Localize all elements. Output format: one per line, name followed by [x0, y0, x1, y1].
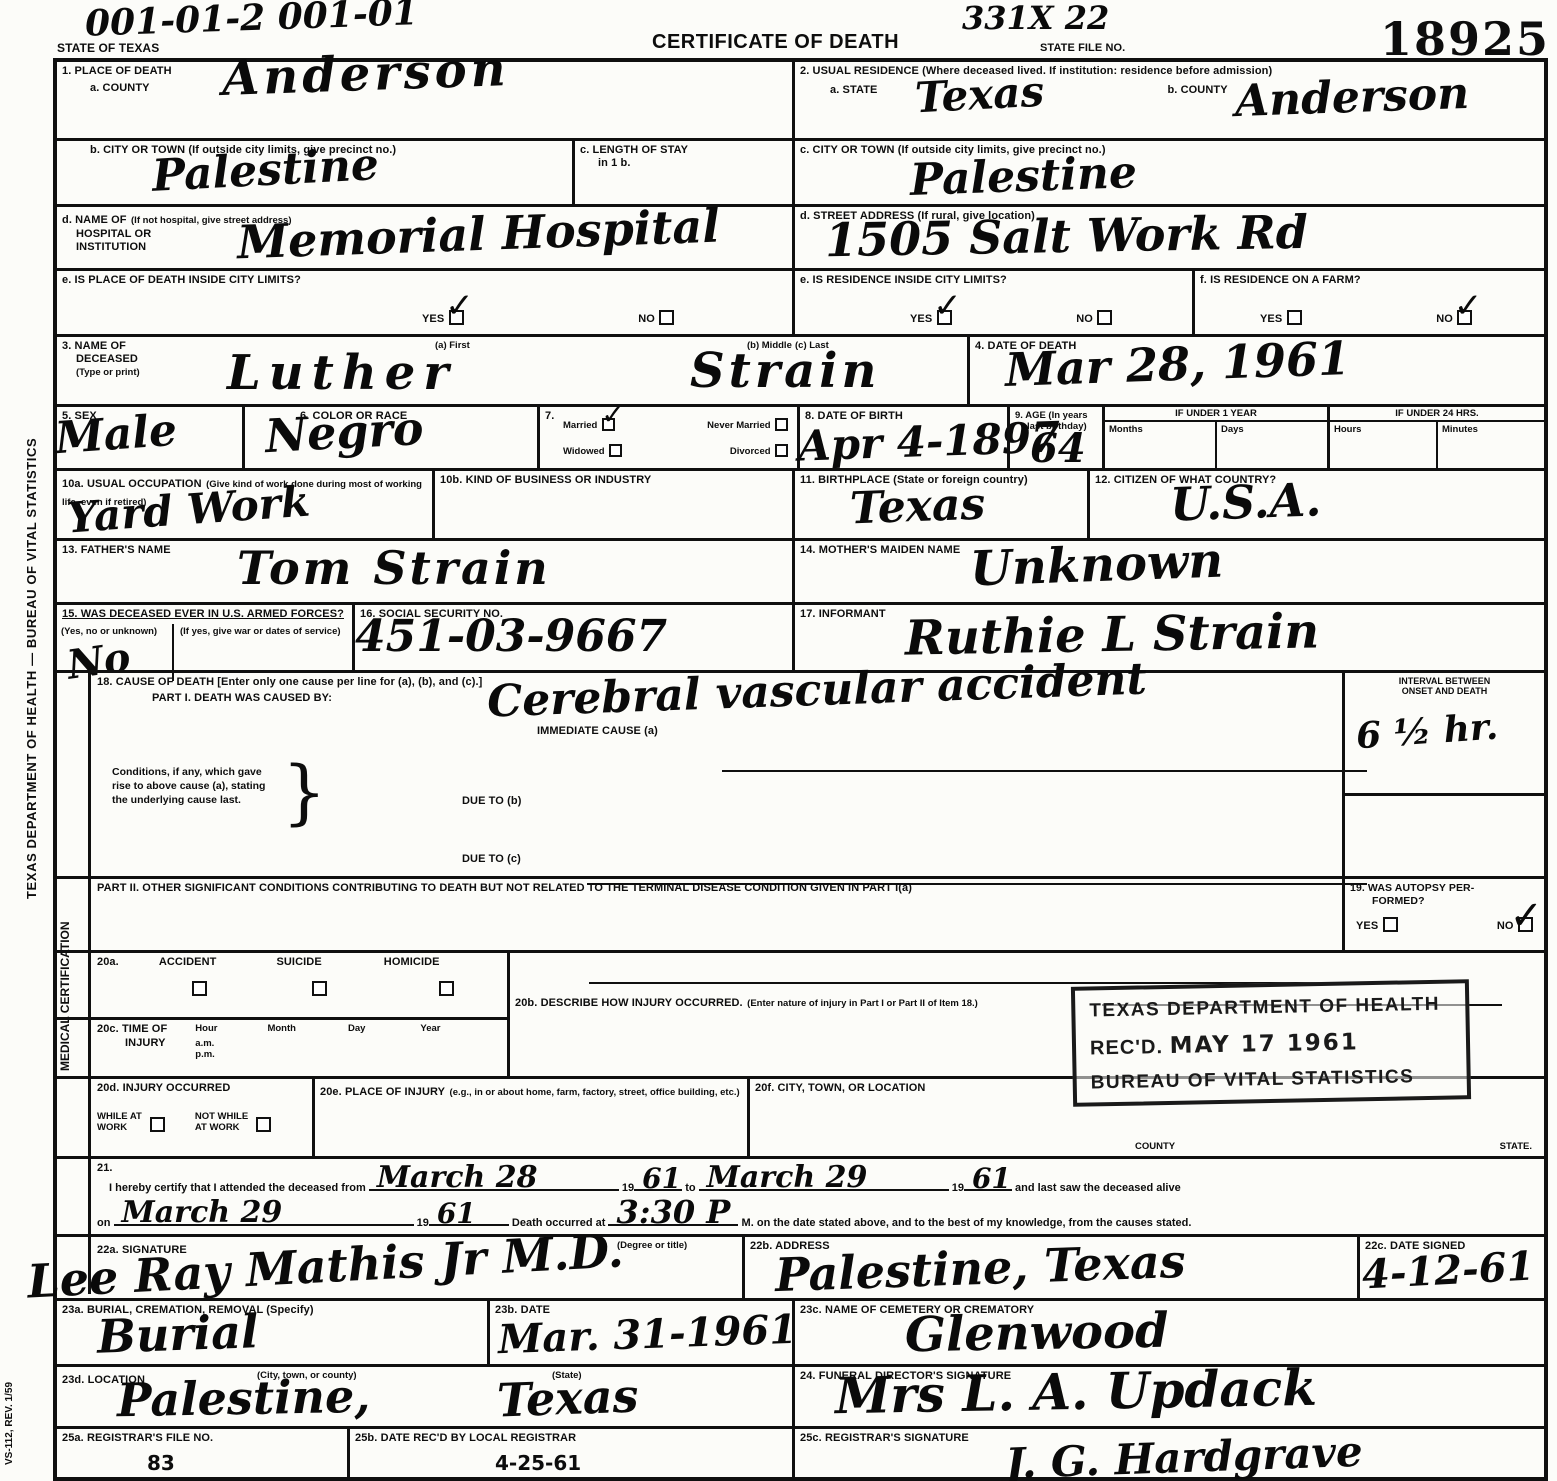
marital-status-cell: 7. Married ✓ Never Married Wido	[537, 407, 797, 468]
burial-date-value: Mar. 31-1961	[497, 1310, 797, 1360]
armed-forces-label: 15. WAS DECEASED EVER IN U.S. ARMED FORC…	[57, 605, 352, 624]
registrar-file-value: 83	[147, 1451, 342, 1475]
certify-text-2: and last saw the deceased alive	[1015, 1182, 1181, 1194]
length-of-stay-sub: in 1 b.	[598, 157, 787, 170]
row-hospital-street: d. NAME OF (If not hospital, give street…	[57, 204, 1544, 268]
ssn-value: 451-03-9667	[355, 615, 667, 659]
residence-city-limits-cell: e. IS RESIDENCE INSIDE CITY LIMITS? YES …	[792, 271, 1192, 334]
hospital-cell: d. NAME OF (If not hospital, give street…	[57, 207, 792, 268]
injury-c-label-1: 20c. TIME OF	[97, 1023, 167, 1036]
physician-signature-cell: 22a. SIGNATURE (Degree or title) Lee Ray…	[57, 1237, 742, 1298]
suicide-label: SUICIDE	[276, 956, 321, 969]
no-label: NO	[1436, 313, 1453, 325]
place-city-limits-label: e. IS PLACE OF DEATH INSIDE CITY LIMITS?	[62, 274, 787, 287]
farm-no-checkbox: NO ✓	[1436, 309, 1472, 327]
row-location-director: 23d. LOCATION (City, town, or county) (S…	[57, 1364, 1544, 1426]
residence-state-label: a. STATE	[830, 84, 877, 97]
ssn-cell: 16. SOCIAL SECURITY NO. 451-03-9667	[352, 605, 792, 670]
date-of-death-cell: (c) Last Strain 4. DATE OF DEATH Mar 28,…	[967, 337, 1544, 404]
brace-glyph: }	[282, 761, 327, 824]
while-at-work-checkbox	[150, 1117, 165, 1132]
physician-address-cell: 22b. ADDRESS Palestine, Texas	[742, 1237, 1357, 1298]
row-city-limits: e. IS PLACE OF DEATH INSIDE CITY LIMITS?…	[57, 268, 1544, 334]
stamp-recd-label: REC'D.	[1090, 1036, 1163, 1059]
date-signed-value: 4-12-61	[1361, 1247, 1535, 1296]
business-label: 10b. KIND OF BUSINESS OR INDUSTRY	[440, 474, 787, 487]
residence-city-cell: c. CITY OR TOWN (If outside city limits,…	[792, 141, 1544, 204]
physician-address-value: Palestine, Texas	[774, 1238, 1186, 1298]
row-certification-statement: 21. I hereby certify that I attended the…	[57, 1156, 1544, 1234]
informant-cell: 17. INFORMANT Ruthie L Strain	[792, 605, 1544, 670]
date-of-death-value: Mar 28, 1961	[1004, 335, 1350, 393]
part2-label: PART II. OTHER SIGNIFICANT CONDITIONS CO…	[97, 882, 1297, 895]
stamp-line-1: TEXAS DEPARTMENT OF HEALTH	[1089, 993, 1453, 1022]
place-of-death-county-cell: 1. PLACE OF DEATH a. COUNTY Anderson	[57, 62, 792, 138]
race-cell: 6. COLOR OR RACE Negro	[242, 407, 537, 468]
place-city-limits-cell: e. IS PLACE OF DEATH INSIDE CITY LIMITS?…	[57, 271, 792, 334]
last-name-value: Strain	[690, 347, 880, 395]
check-mark: ✓	[933, 289, 962, 323]
yes-label: YES	[910, 313, 932, 325]
injury-a-label: 20a.	[97, 956, 119, 969]
place-city-value: Palestine	[151, 143, 380, 199]
row-city-town: b. CITY OR TOWN (If outside city limits,…	[57, 138, 1544, 204]
accident-label: ACCIDENT	[159, 956, 217, 969]
place-of-injury-cell: 20e. PLACE OF INJURY (e.g., in or about …	[312, 1079, 747, 1156]
row-registrar: 25a. REGISTRAR'S FILE NO. 83 25b. DATE R…	[57, 1426, 1544, 1481]
injury-e-note: (e.g., in or about home, farm, factory, …	[450, 1087, 740, 1098]
row-occupation: 10a. USUAL OCCUPATION (Give kind of work…	[57, 468, 1544, 538]
armed-forces-cell: 15. WAS DECEASED EVER IN U.S. ARMED FORC…	[57, 605, 352, 670]
married-checkbox: Married ✓	[563, 415, 615, 433]
interval-cell: INTERVAL BETWEEN ONSET AND DEATH 6 ½ hr.	[1342, 673, 1544, 876]
funeral-director-cell: 24. FUNERAL DIRECTOR'S SIGNATURE Mrs L. …	[792, 1367, 1544, 1426]
not-while-label: NOT WHILE	[195, 1111, 248, 1122]
injury-e-label: 20e. PLACE OF INJURY	[320, 1086, 445, 1098]
handwritten-file-number: 331X 22	[962, 2, 1109, 34]
immediate-cause-line	[722, 736, 1367, 772]
divorced-label: Divorced	[730, 446, 771, 457]
interval-label-1: INTERVAL BETWEEN	[1350, 676, 1539, 686]
row-service-ssn: 15. WAS DECEASED EVER IN U.S. ARMED FORC…	[57, 602, 1544, 670]
autopsy-cell: 19. WAS AUTOPSY PER- FORMED? YES NO ✓	[1342, 879, 1544, 950]
injury-b-note: (Enter nature of injury in Part I or Par…	[747, 998, 978, 1009]
date-signed-cell: 22c. DATE SIGNED 4-12-61	[1357, 1237, 1544, 1298]
no-label: NO	[638, 313, 655, 325]
widowed-label: Widowed	[563, 446, 605, 457]
hospital-label: d. NAME OF	[62, 214, 127, 226]
row-name-deceased: 3. NAME OF DECEASED (Type or print) (a) …	[57, 334, 1544, 404]
from-year-blank: 61	[634, 1177, 682, 1191]
while-at-work-label-2: WORK	[97, 1122, 142, 1133]
row-physician-signature: 22a. SIGNATURE (Degree or title) Lee Ray…	[57, 1234, 1544, 1298]
race-value: Negro	[264, 405, 425, 459]
row-burial: 23a. BURIAL, CREMATION, REMOVAL (Specify…	[57, 1298, 1544, 1364]
citizen-cell: 12. CITIZEN OF WHAT COUNTRY? U.S.A.	[1087, 471, 1544, 538]
cemetery-cell: 23c. NAME OF CEMETERY OR CREMATORY Glenw…	[792, 1301, 1544, 1364]
injury-left-column: 20a. ACCIDENT SUICIDE HOMICIDE 20c.	[57, 953, 507, 1076]
hospital-value: Memorial Hospital	[236, 203, 720, 266]
checkbox-icon	[659, 310, 674, 325]
stamp-line-3: BUREAU OF VITAL STATISTICS	[1091, 1065, 1455, 1094]
part2-cell: PART II. OTHER SIGNIFICANT CONDITIONS CO…	[57, 879, 1342, 950]
street-address-cell: d. STREET ADDRESS (If rural, give locati…	[792, 207, 1544, 268]
residence-limits-yes-checkbox: YES ✓	[910, 309, 952, 327]
checkbox-icon	[775, 444, 788, 457]
length-of-stay-cell: c. LENGTH OF STAY in 1 b.	[572, 141, 792, 204]
not-while-checkbox	[256, 1117, 271, 1132]
birthplace-cell: 11. BIRTHPLACE (State or foreign country…	[792, 471, 1087, 538]
pm-label: p.m.	[195, 1049, 217, 1060]
pre-year-3: 19	[417, 1217, 429, 1229]
residence-city-limits-label: e. IS RESIDENCE INSIDE CITY LIMITS?	[800, 274, 1187, 287]
burial-date-cell: 23b. DATE Mar. 31-1961	[487, 1301, 792, 1364]
age-cell: 9. AGE (In years last birthday) 64	[1007, 407, 1102, 468]
location-state-value: Texas	[496, 1373, 639, 1424]
injury-b-label: 20b. DESCRIBE HOW INJURY OCCURRED.	[515, 997, 743, 1009]
injury-state-label: STATE.	[1500, 1141, 1532, 1152]
check-mark: ✓	[601, 401, 624, 429]
usual-residence-cell: 2. USUAL RESIDENCE (Where deceased lived…	[792, 62, 1544, 138]
sex-value: Male	[54, 409, 179, 461]
physician-signature-value: Lee Ray Mathis Jr M.D.	[26, 1227, 624, 1304]
year-label: Year	[420, 1023, 440, 1060]
injury-c-label-2: INJURY	[125, 1037, 167, 1050]
mother-name-cell: 14. MOTHER'S MAIDEN NAME Unknown	[792, 541, 1544, 602]
minutes-column: Minutes	[1436, 422, 1544, 468]
certificate-form: 1. PLACE OF DEATH a. COUNTY Anderson 2. …	[53, 58, 1548, 1481]
registrar-signature-value: J. G. Hardgrave	[1004, 1431, 1363, 1481]
registrar-signature-cell: 25c. REGISTRAR'S SIGNATURE J. G. Hardgra…	[792, 1429, 1544, 1481]
due-to-b-label: DUE TO (b)	[462, 795, 521, 808]
row-cause-of-death: 18. CAUSE OF DEATH [Enter only one cause…	[57, 670, 1544, 876]
on-year-value: 61	[437, 1200, 476, 1228]
death-time-value: 3:30 P	[616, 1196, 730, 1228]
registrar-file-label: 25a. REGISTRAR'S FILE NO.	[62, 1432, 342, 1445]
degree-title-note: (Degree or title)	[617, 1240, 687, 1251]
yes-label: YES	[1356, 920, 1378, 932]
funeral-director-value: Mrs L. A. Updack	[835, 1363, 1318, 1421]
injury-d-label: 20d. INJURY OCCURRED	[97, 1082, 307, 1095]
certification-statement-cell: 21. I hereby certify that I attended the…	[57, 1159, 1544, 1234]
age-label-1: 9. AGE (In years	[1015, 410, 1097, 421]
age-value: 64	[1030, 429, 1086, 469]
am-label: a.m.	[195, 1038, 217, 1049]
registrar-file-cell: 25a. REGISTRAR'S FILE NO. 83	[57, 1429, 347, 1481]
from-year-value: 61	[642, 1165, 681, 1193]
interval-label-2: ONSET AND DEATH	[1350, 686, 1539, 696]
on-label: on	[97, 1217, 110, 1229]
citizen-value: U.S.A.	[1169, 476, 1322, 527]
day-label: Day	[348, 1023, 365, 1060]
yes-label: YES	[1260, 313, 1282, 325]
check-mark: ✓	[1454, 289, 1483, 323]
left-margin-agency-text: TEXAS DEPARTMENT OF HEALTH — BUREAU OF V…	[24, 258, 39, 1078]
place-limits-no-checkbox: NO	[638, 309, 674, 327]
check-mark: ✓	[445, 289, 474, 323]
autopsy-no-checkbox: NO ✓	[1497, 916, 1533, 934]
certify-text-1: I hereby certify that I attended the dec…	[109, 1182, 366, 1194]
hour-label: Hour	[195, 1023, 217, 1034]
not-while-label-2: AT WORK	[195, 1122, 248, 1133]
injury-county-label: COUNTY	[1135, 1141, 1175, 1152]
under-1-year-label: IF UNDER 1 YEAR	[1105, 407, 1327, 422]
received-stamp: TEXAS DEPARTMENT OF HEALTH REC'D. MAY 17…	[1071, 979, 1471, 1107]
accident-checkbox	[192, 981, 207, 996]
residence-state-value: Texas	[914, 71, 1045, 120]
father-value: Tom Strain	[237, 545, 551, 591]
to-year-blank: 61	[964, 1177, 1012, 1191]
stamp-recd-date: MAY 17 1961	[1169, 1029, 1359, 1059]
death-certificate-scan: 001-01-2 001-01 STATE OF TEXAS CERTIFICA…	[0, 0, 1557, 1481]
homicide-label: HOMICIDE	[384, 956, 440, 969]
burial-location-cell: 23d. LOCATION (City, town, or county) (S…	[57, 1367, 792, 1426]
residence-farm-label: f. IS RESIDENCE ON A FARM?	[1200, 274, 1539, 287]
business-cell: 10b. KIND OF BUSINESS OR INDUSTRY	[432, 471, 792, 538]
row-part2-autopsy: PART II. OTHER SIGNIFICANT CONDITIONS CO…	[57, 876, 1544, 950]
injury-occurred-cell: 20d. INJURY OCCURRED WHILE AT WORK NOT W…	[57, 1079, 312, 1156]
mother-value: Unknown	[969, 537, 1224, 594]
state-of-texas-label: STATE OF TEXAS	[57, 41, 159, 56]
attended-from-blank: March 28	[369, 1177, 619, 1191]
sex-cell: 5. SEX Male	[57, 407, 242, 468]
father-name-cell: 13. FATHER'S NAME Tom Strain	[57, 541, 792, 602]
due-to-c-label: DUE TO (c)	[462, 853, 521, 866]
occupation-cell: 10a. USUAL OCCUPATION (Give kind of work…	[57, 471, 432, 538]
last-seen-value: March 29	[122, 1198, 283, 1228]
residence-city-value: Palestine	[909, 151, 1137, 203]
pre-year-2: 19	[952, 1182, 964, 1194]
check-mark: ✓	[1509, 896, 1543, 936]
days-column: Days	[1215, 422, 1327, 468]
m-label: M.	[742, 1217, 754, 1229]
street-address-value: 1505 Salt Work Rd	[825, 209, 1309, 263]
registrar-date-cell: 25b. DATE REC'D BY LOCAL REGISTRAR 4-25-…	[347, 1429, 792, 1481]
row-place-residence: 1. PLACE OF DEATH a. COUNTY Anderson 2. …	[57, 62, 1544, 138]
accident-suicide-homicide-cell: 20a. ACCIDENT SUICIDE HOMICIDE	[57, 953, 507, 1017]
county-value: Anderson	[221, 45, 510, 103]
interval-value: 6 ½ hr.	[1355, 706, 1540, 755]
conditions-note: Conditions, if any, which gave rise to a…	[112, 765, 270, 808]
checkbox-icon	[1383, 917, 1398, 932]
cause-of-death-cell: 18. CAUSE OF DEATH [Enter only one cause…	[57, 673, 1342, 876]
month-label: Month	[267, 1023, 296, 1060]
immediate-cause-label: IMMEDIATE CAUSE (a)	[537, 725, 658, 738]
yes-label: YES	[422, 313, 444, 325]
row-sex-race-age: 5. SEX Male 6. COLOR OR RACE Negro 7. Ma…	[57, 404, 1544, 468]
death-time-blank: 3:30 P	[608, 1212, 738, 1226]
first-name-value: Luther	[227, 349, 457, 397]
hours-column: Hours	[1330, 422, 1436, 468]
never-married-label: Never Married	[707, 420, 770, 431]
months-column: Months	[1105, 422, 1215, 468]
page-title: CERTIFICATE OF DEATH	[652, 30, 899, 54]
stamp-received-line: REC'D. MAY 17 1961	[1090, 1027, 1454, 1060]
time-of-injury-cell: 20c. TIME OF INJURY Hour a.m. p.m. Month…	[57, 1017, 507, 1076]
never-married-checkbox: Never Married	[707, 415, 788, 433]
burial-type-cell: 23a. BURIAL, CREMATION, REMOVAL (Specify…	[57, 1301, 487, 1364]
autopsy-yes-checkbox: YES	[1356, 916, 1398, 934]
checkbox-icon	[1097, 310, 1112, 325]
registrar-date-label: 25b. DATE REC'D BY LOCAL REGISTRAR	[355, 1432, 787, 1445]
location-city-value: Palestine,	[117, 1373, 371, 1423]
form-code-label: VS-112, REV. 1/59	[4, 1368, 15, 1478]
attended-to-blank: March 29	[699, 1177, 949, 1191]
row-parents: 13. FATHER'S NAME Tom Strain 14. MOTHER'…	[57, 538, 1544, 602]
burial-type-value: Burial	[96, 1308, 259, 1360]
residence-farm-cell: f. IS RESIDENCE ON A FARM? YES NO ✓	[1192, 271, 1544, 334]
handwritten-file-code: 001-01-2 001-01	[84, 0, 418, 42]
widowed-checkbox: Widowed	[563, 441, 622, 459]
married-label: Married	[563, 420, 597, 431]
no-label: NO	[1076, 313, 1093, 325]
divorced-checkbox: Divorced	[730, 441, 788, 459]
attended-to-value: March 29	[707, 1163, 868, 1193]
state-file-no-label: STATE FILE NO.	[1040, 42, 1125, 55]
suicide-checkbox	[312, 981, 327, 996]
cemetery-value: Glenwood	[905, 1307, 1169, 1360]
attended-from-value: March 28	[377, 1163, 538, 1193]
place-city-cell: b. CITY OR TOWN (If outside city limits,…	[57, 141, 572, 204]
birthplace-value: Texas	[849, 483, 986, 532]
if-under-24-hrs-cell: IF UNDER 24 HRS. Hours Minutes	[1327, 407, 1544, 468]
last-seen-blank: March 29	[114, 1212, 414, 1226]
checkbox-icon	[1287, 310, 1302, 325]
certify-text-3: on the date stated above, and to the bes…	[757, 1217, 1192, 1229]
while-at-work-label: WHILE AT	[97, 1111, 142, 1122]
registrar-date-value: 4-25-61	[495, 1451, 787, 1475]
checkbox-icon	[609, 444, 622, 457]
residence-limits-no-checkbox: NO	[1076, 309, 1112, 327]
to-year-value: 61	[972, 1165, 1011, 1193]
checkbox-icon	[775, 418, 788, 431]
date-of-birth-cell: 8. DATE OF BIRTH Apr 4-1897	[797, 407, 1007, 468]
length-of-stay-label: c. LENGTH OF STAY	[580, 144, 787, 157]
farm-yes-checkbox: YES	[1260, 309, 1302, 327]
under-24-hrs-label: IF UNDER 24 HRS.	[1330, 407, 1544, 422]
interval-divider	[1345, 793, 1544, 796]
armed-forces-sub2: (If yes, give war or dates of service)	[180, 626, 346, 637]
place-limits-yes-checkbox: YES ✓	[422, 309, 464, 327]
if-under-1-year-cell: IF UNDER 1 YEAR Months Days	[1102, 407, 1327, 468]
homicide-checkbox	[439, 981, 454, 996]
residence-county-label: b. COUNTY	[1167, 84, 1227, 97]
residence-county-value: Anderson	[1234, 72, 1470, 124]
on-year-blank: 61	[429, 1212, 509, 1226]
